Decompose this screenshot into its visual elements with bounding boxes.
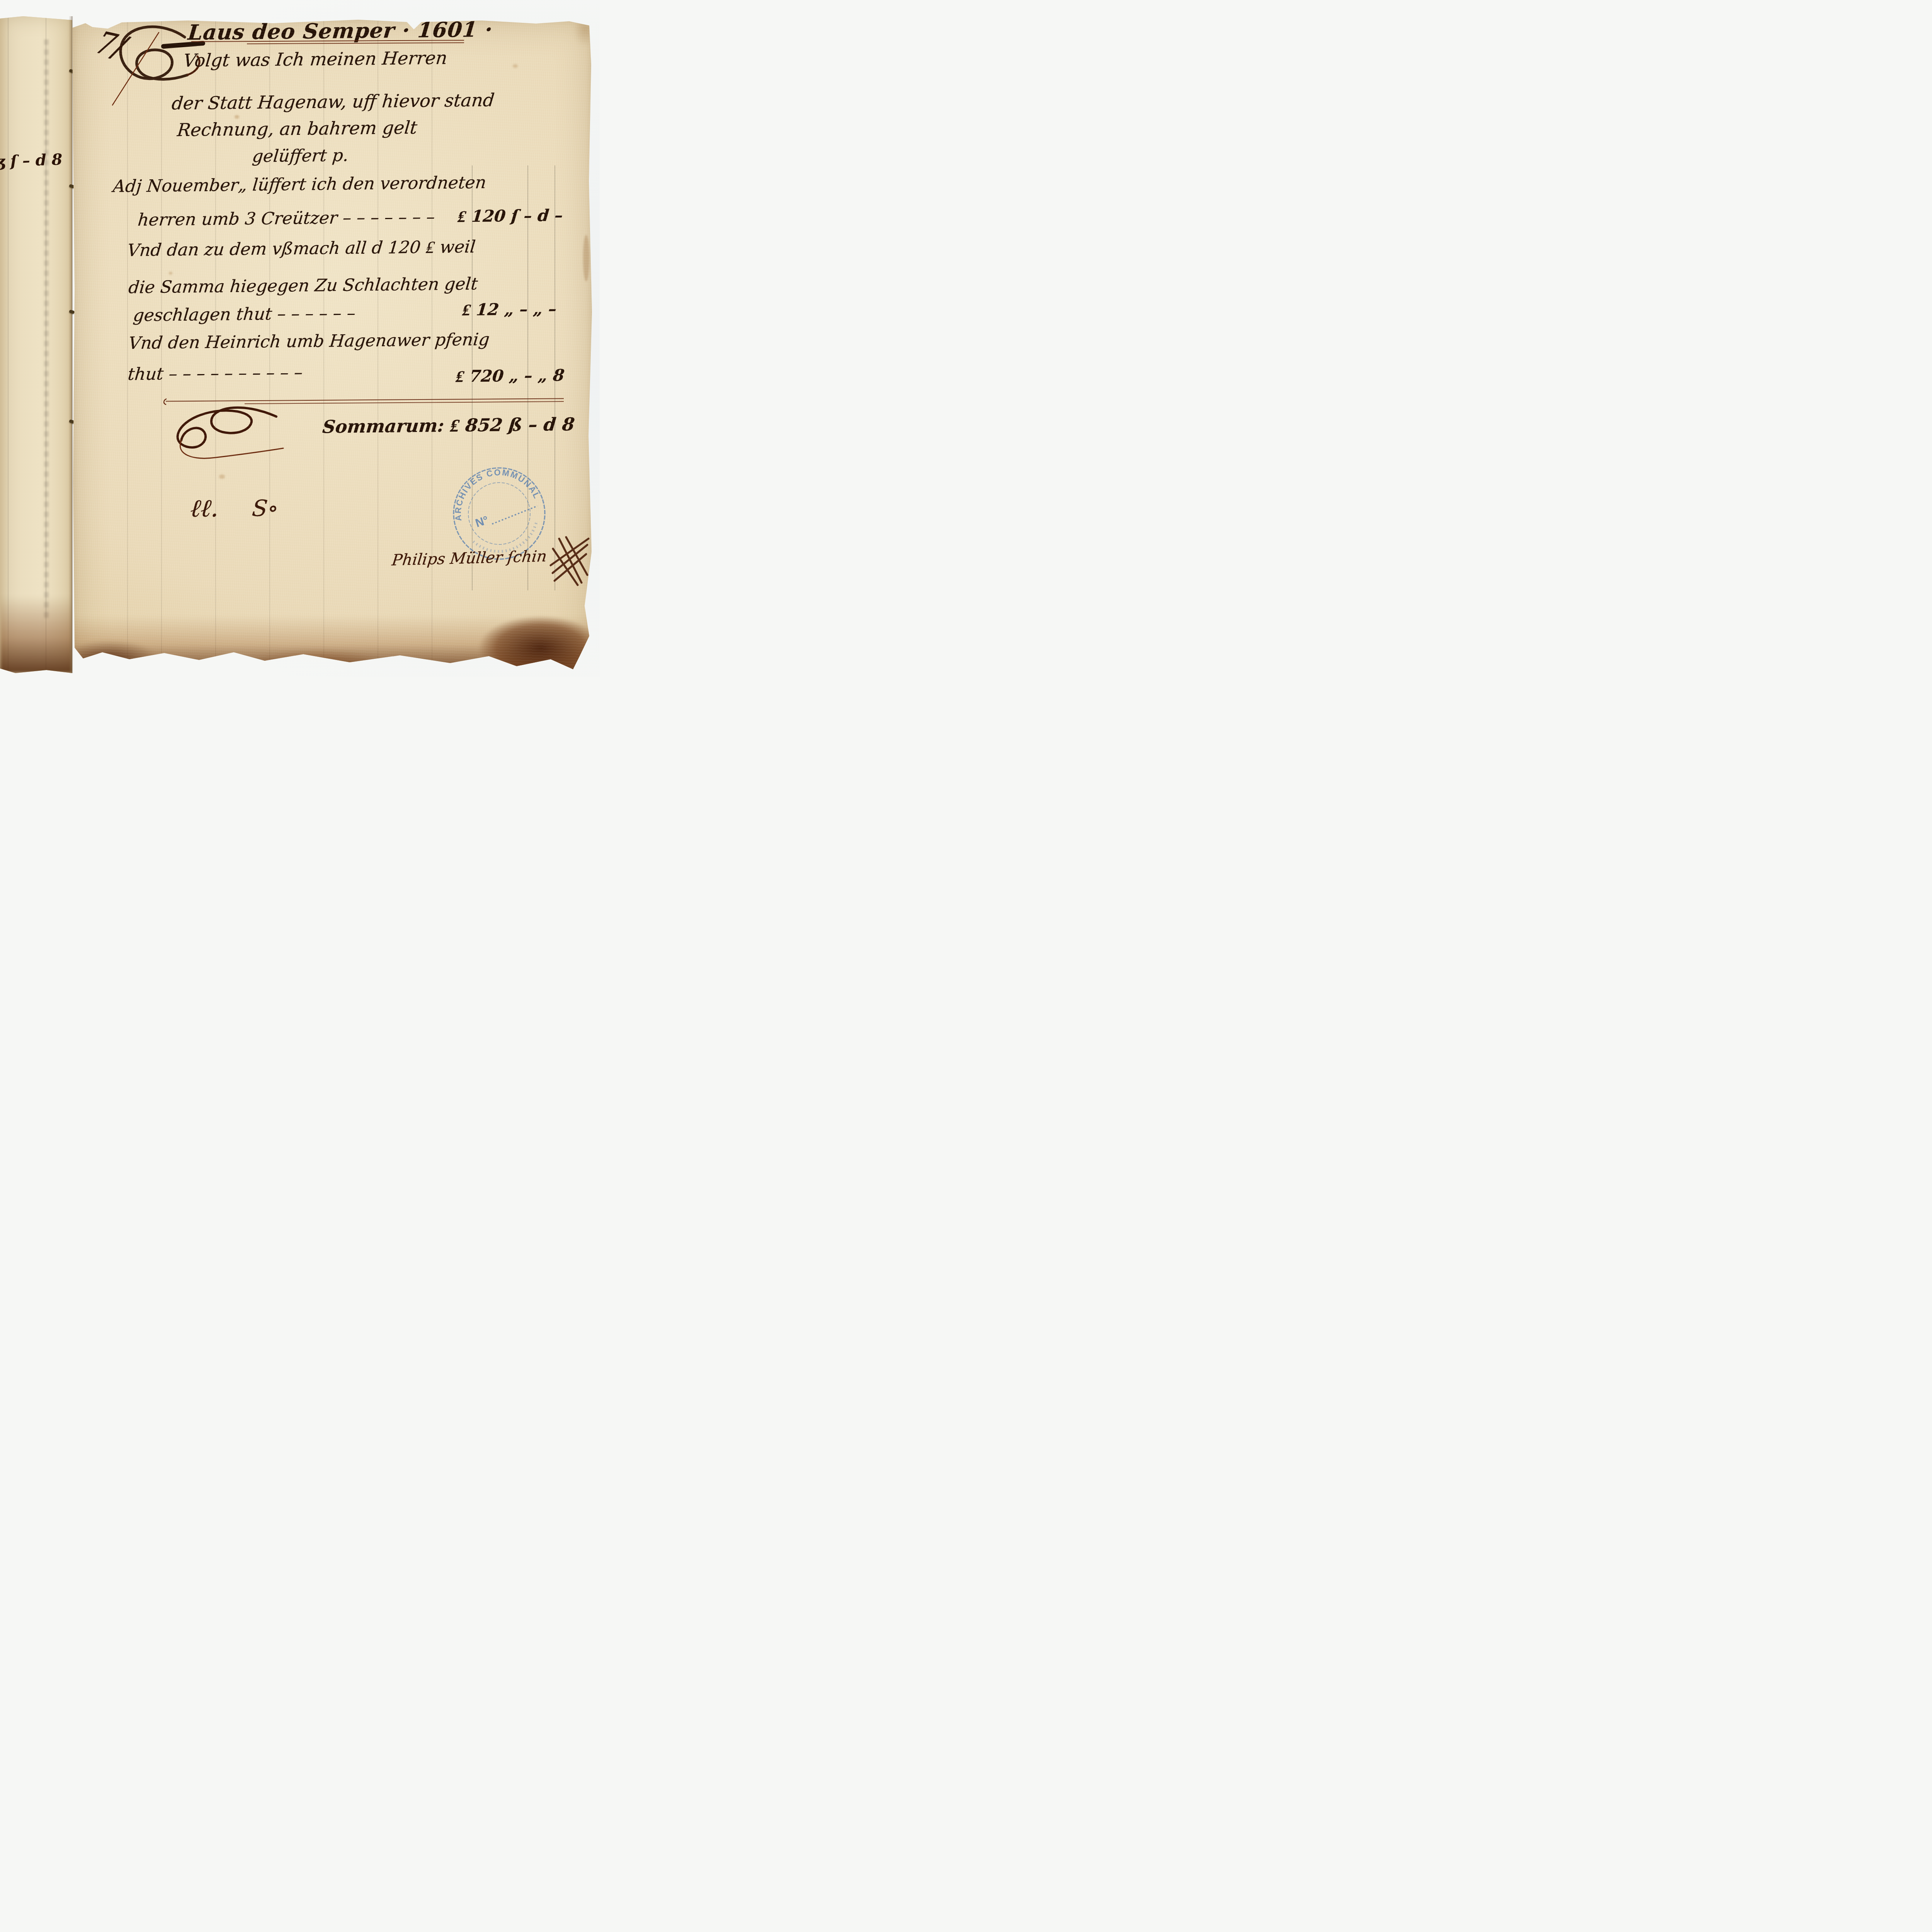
initials-right: S∘: [251, 495, 280, 522]
summarum-paraph: [168, 405, 286, 465]
entry-line: geschlagen thut – – – – – –: [132, 303, 356, 325]
bottom-middle-damage: [235, 643, 401, 676]
summary-amount: ₤ 852 ß – d 8: [449, 414, 576, 436]
entry-line: herren umb 3 Creützer – – – – – – –: [137, 207, 436, 230]
fox-spot: [235, 115, 239, 119]
bottom-right-damage: [461, 601, 594, 677]
signature-paraph-crosshatch: [551, 536, 589, 590]
flourish-hairline: [112, 32, 159, 105]
heading-line: der Statt Hagenaw, uff hievor stand: [171, 90, 495, 114]
entry-line: Vnd den Heinrich umb Hagenawer pfenig: [128, 330, 490, 353]
stamp-dotted-line: [491, 506, 538, 524]
entry-amount: ₤ 12 „ – „ –: [462, 299, 558, 320]
summary-label: Sommarum:: [321, 415, 445, 437]
flourish-loop: [121, 27, 187, 79]
manuscript-page: 7/ Laus deo Semper · 1601 · Volgt was Ic…: [72, 19, 592, 672]
crosshatch-strokes: [551, 537, 588, 585]
top-right-toning: [568, 19, 592, 54]
previous-page-edge: ʒ ſ – d 8: [0, 16, 72, 673]
summary-line: Sommarum:₤ 852 ß – d 8: [321, 414, 575, 437]
entry-line: Vnd dan zu dem vßmach all d 120 ₤ weil: [126, 237, 476, 260]
entry-amount: ₤ 120 ſ – d –: [457, 206, 563, 226]
rule-end-hook: [162, 398, 167, 406]
heading-line: Volgt was Ich meinen Herren: [182, 47, 448, 71]
left-leaf-amount-fragment: ʒ ſ – d 8: [0, 150, 63, 171]
stamp-number-label: N°: [474, 514, 490, 530]
fox-spot: [219, 474, 225, 479]
entry-amount: ₤ 720 „ – „ 8: [455, 366, 565, 386]
validation-initials: ℓℓ.S∘: [189, 493, 280, 523]
fox-spot: [169, 272, 172, 275]
entry-line: die Samma hiegegen Zu Schlachten gelt: [128, 274, 479, 297]
heading-line: gelüffert p.: [251, 146, 349, 167]
archive-stamp: ARCHIVES COMMUNALES N°: [451, 465, 548, 562]
damage-stain: [0, 596, 72, 673]
stamp-ring-text: ARCHIVES COMMUNALES: [442, 456, 544, 530]
fox-spot: [513, 64, 518, 68]
heading-line: Rechnung, an bahrem gelt: [176, 117, 418, 140]
edge-fiber-mark: [583, 235, 589, 281]
bottom-damage-band: [72, 616, 592, 673]
entry-line: Adj Nouember„ lüffert ich den verordnete…: [112, 173, 487, 196]
sum-rule: [245, 401, 564, 404]
paraph-tail: [180, 440, 283, 458]
initials-left: ℓℓ.: [189, 494, 220, 523]
show-through-smudge: [44, 39, 49, 619]
entry-line: thut – – – – – – – – – –: [127, 363, 303, 384]
paraph-loops: [178, 408, 276, 447]
scanned-manuscript: ʒ ſ – d 8 7/: [0, 0, 600, 677]
chain-line: [127, 21, 128, 662]
signature: Philips Müller ſchin: [391, 548, 548, 569]
chain-line: [8, 16, 9, 673]
